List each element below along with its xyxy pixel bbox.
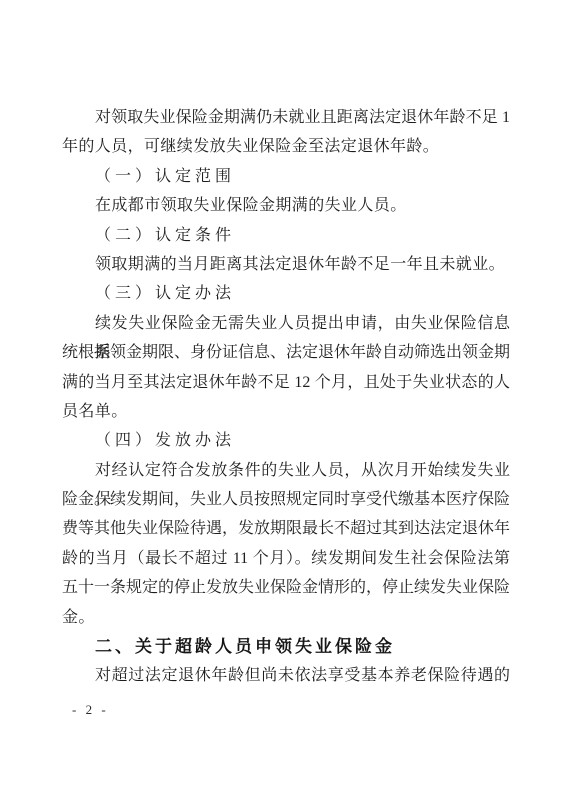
document-line: 费等其他失业保险待遇，发放期限最长不超过其到达法定退休年: [62, 514, 510, 543]
document-line: 二、关于超龄人员申领失业保险金: [62, 632, 510, 661]
document-line: 对超过法定退休年龄但尚未依法享受基本养老保险待遇的: [62, 661, 510, 690]
document-line: （二）认定条件: [62, 221, 510, 250]
document-line: 年的人员，可继续发放失业保险金至法定退休年龄。: [62, 132, 510, 161]
document-line: （三）认定办法: [62, 279, 510, 308]
document-line: 龄的当月（最长不超过 11 个月）。续发期间发生社会保险法第: [62, 544, 510, 573]
document-line: 员名单。: [62, 397, 510, 426]
document-line: （四）发放办法: [62, 426, 510, 455]
document-line: 满的当月至其法定退休年龄不足 12 个月，且处于失业状态的人: [62, 368, 510, 397]
document-line: 续发失业保险金无需失业人员提出申请，由失业保险信息系: [62, 309, 510, 338]
document-line: 统根据领金期限、身份证信息、法定退休年龄自动筛选出领金期: [62, 338, 510, 367]
document-line: 在成都市领取失业保险金期满的失业人员。: [62, 191, 510, 220]
document-line: 金。: [62, 603, 510, 632]
document-body: 对领取失业保险金期满仍未就业且距离法定退休年龄不足 1年的人员，可继续发放失业保…: [62, 103, 510, 691]
document-line: 五十一条规定的停止发放失业保险金情形的，停止续发失业保险: [62, 573, 510, 602]
page-number: - 2 -: [72, 702, 109, 718]
document-page: 对领取失业保险金期满仍未就业且距离法定退休年龄不足 1年的人员，可继续发放失业保…: [0, 0, 565, 800]
document-line: 对经认定符合发放条件的失业人员，从次月开始续发失业保: [62, 456, 510, 485]
document-line: 险金。续发期间，失业人员按照规定同时享受代缴基本医疗保险: [62, 485, 510, 514]
document-line: 领取期满的当月距离其法定退休年龄不足一年且未就业。: [62, 250, 510, 279]
document-line: （一）认定范围: [62, 162, 510, 191]
document-line: 对领取失业保险金期满仍未就业且距离法定退休年龄不足 1: [62, 103, 510, 132]
